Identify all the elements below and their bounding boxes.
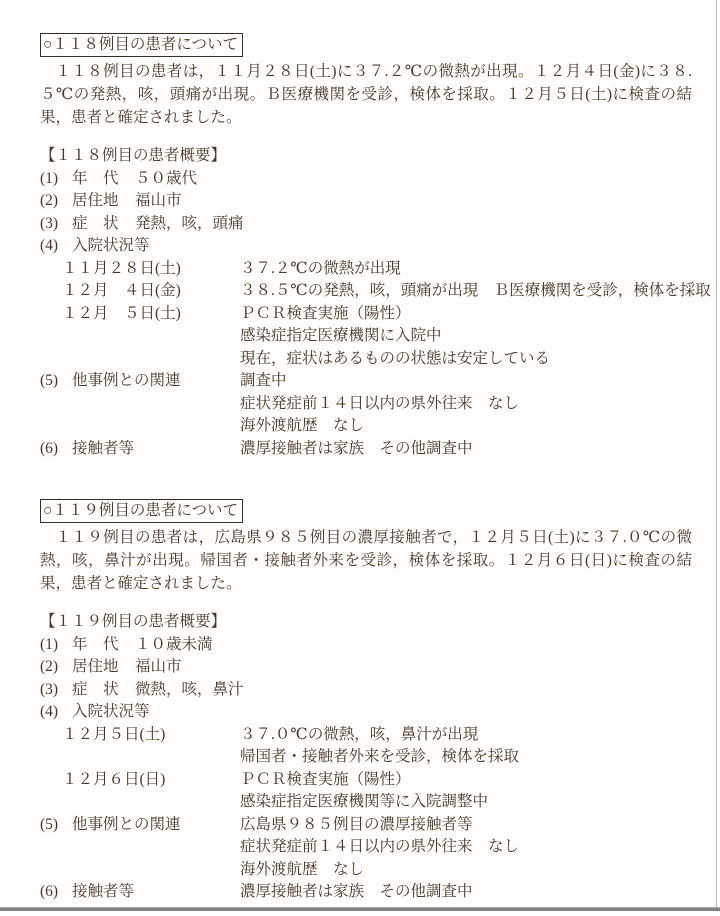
timeline-row: １２月 ５日(土) ＰＣＲ検査実施（陽性） [0,303,720,326]
item-number: (1) [40,634,58,657]
item-label: 症 状 [72,679,119,702]
summary-heading: 【１１８例目の患者概要】 [40,145,226,168]
timeline-desc: 感染症指定医療機関等に入院調整中 [240,791,488,814]
item-label: 他事例との関連 [72,814,181,837]
item-row-related-cases: (5) 他事例との関連 調査中 [0,370,720,393]
item-number: (3) [40,679,58,702]
case-118-section: ○１１８例目の患者について １１８例目の患者は，１１月２８日(土)に３７.２℃の… [0,33,720,460]
timeline-desc: 現在，症状はあるものの状態は安定している [240,348,550,371]
case-119-section: ○１１９例目の患者について １１９例目の患者は，広島県９８５例目の濃厚接触者で，… [0,499,720,904]
summary-heading: 【１１９例目の患者概要】 [40,611,226,634]
item-label: 症 状 [72,213,119,236]
item-label: 居住地 [72,656,119,679]
item-detail: 調査中 [240,370,287,393]
timeline-desc: 感染症指定医療機関に入院中 [240,325,442,348]
item-detail: 症状発症前１４日以内の県外往来 なし [240,836,519,859]
item-row-contacts: (6) 接触者等 濃厚接触者は家族 その他調査中 [0,881,720,904]
timeline-date: １１月２８日(土) [62,258,181,281]
item-row-residence: (2) 居住地 福山市 [0,190,720,213]
timeline-row: １２月 ４日(金) ３８.５℃の発熱，咳，頭痛が出現 Ｂ医療機関を受診，検体を採… [0,280,720,303]
item-row-hospitalization: (4) 入院状況等 [0,235,720,258]
item-number: (4) [40,235,58,258]
timeline-continuation-row: 感染症指定医療機関に入院中 [0,325,720,348]
timeline-desc: ＰＣＲ検査実施（陽性） [240,769,411,792]
case-119-lead-paragraph: １１９例目の患者は，広島県９８５例目の濃厚接触者で，１２月５日(土)に３７.０℃… [40,526,692,595]
item-label: 居住地 [72,190,119,213]
timeline-desc: ＰＣＲ検査実施（陽性） [240,303,411,326]
item-number: (1) [40,168,58,191]
item-value: 微熱，咳，鼻汁 [135,679,244,702]
case-119-title-box: ○１１９例目の患者について [40,499,243,523]
item-number: (5) [40,370,58,393]
case-119-summary-heading-row: 【１１９例目の患者概要】 [0,611,720,634]
item-label: 接触者等 [72,438,134,461]
detail-continuation-row: 症状発症前１４日以内の県外往来 なし [0,393,720,416]
item-number: (6) [40,438,58,461]
timeline-date: １２月６日(日) [62,769,165,792]
timeline-continuation-row: 帰国者・接触者外来を受診，検体を採取 [0,746,720,769]
item-number: (4) [40,701,58,724]
item-label: 年 代 [72,168,119,191]
timeline-date: １２月 ５日(土) [62,303,181,326]
item-number: (5) [40,814,58,837]
item-label: 接触者等 [72,881,134,904]
timeline-desc: 帰国者・接触者外来を受診，検体を採取 [240,746,519,769]
document-page: ○１１８例目の患者について １１８例目の患者は，１１月２８日(土)に３７.２℃の… [0,0,720,916]
timeline-continuation-row: 現在，症状はあるものの状態は安定している [0,348,720,371]
item-detail: 海外渡航歴 なし [240,859,364,882]
detail-continuation-row: 症状発症前１４日以内の県外往来 なし [0,836,720,859]
item-label: 年 代 [72,634,119,657]
detail-continuation-row: 海外渡航歴 なし [0,859,720,882]
item-number: (2) [40,190,58,213]
item-number: (6) [40,881,58,904]
item-value: 福山市 [135,656,182,679]
item-detail: 広島県９８５例目の濃厚接触者等 [240,814,473,837]
timeline-desc: ３７.０℃の微熱，咳，鼻汁が出現 [240,724,478,747]
timeline-desc: ３８.５℃の発熱，咳，頭痛が出現 Ｂ医療機関を受診，検体を採取 [240,280,711,303]
item-row-symptoms: (3) 症 状 微熱，咳，鼻汁 [0,679,720,702]
timeline-row: １２月５日(土) ３７.０℃の微熱，咳，鼻汁が出現 [0,724,720,747]
item-label: 入院状況等 [72,235,150,258]
case-118-title-box: ○１１８例目の患者について [40,33,243,57]
item-row-contacts: (6) 接触者等 濃厚接触者は家族 その他調査中 [0,438,720,461]
item-value: １０歳未満 [135,634,213,657]
case-119-title-row: ○１１９例目の患者について [40,499,720,523]
item-row-residence: (2) 居住地 福山市 [0,656,720,679]
item-value: ５０歳代 [135,168,197,191]
item-detail: 海外渡航歴 なし [240,415,364,438]
case-118-summary-heading-row: 【１１８例目の患者概要】 [0,145,720,168]
item-value: 発熱，咳，頭痛 [135,213,244,236]
item-row-related-cases: (5) 他事例との関連 広島県９８５例目の濃厚接触者等 [0,814,720,837]
item-detail: 濃厚接触者は家族 その他調査中 [240,881,473,904]
item-row-symptoms: (3) 症 状 発熱，咳，頭痛 [0,213,720,236]
item-row-age: (1) 年 代 １０歳未満 [0,634,720,657]
item-number: (3) [40,213,58,236]
item-row-hospitalization: (4) 入院状況等 [0,701,720,724]
timeline-date: １２月５日(土) [62,724,165,747]
timeline-row: １１月２８日(土) ３７.２℃の微熱が出現 [0,258,720,281]
page-right-edge-line [716,0,717,909]
detail-continuation-row: 海外渡航歴 なし [0,415,720,438]
case-118-lead-paragraph: １１８例目の患者は，１１月２８日(土)に３７.２℃の微熱が出現。１２月４日(金)… [40,60,692,129]
timeline-desc: ３７.２℃の微熱が出現 [240,258,401,281]
timeline-continuation-row: 感染症指定医療機関等に入院調整中 [0,791,720,814]
item-number: (2) [40,656,58,679]
item-value: 福山市 [135,190,182,213]
item-row-age: (1) 年 代 ５０歳代 [0,168,720,191]
item-label: 入院状況等 [72,701,150,724]
item-detail: 症状発症前１４日以内の県外往来 なし [240,393,519,416]
page-bottom-rule [0,907,720,911]
item-detail: 濃厚接触者は家族 その他調査中 [240,438,473,461]
timeline-date: １２月 ４日(金) [62,280,181,303]
case-118-title-row: ○１１８例目の患者について [40,33,720,57]
timeline-row: １２月６日(日) ＰＣＲ検査実施（陽性） [0,769,720,792]
item-label: 他事例との関連 [72,370,181,393]
